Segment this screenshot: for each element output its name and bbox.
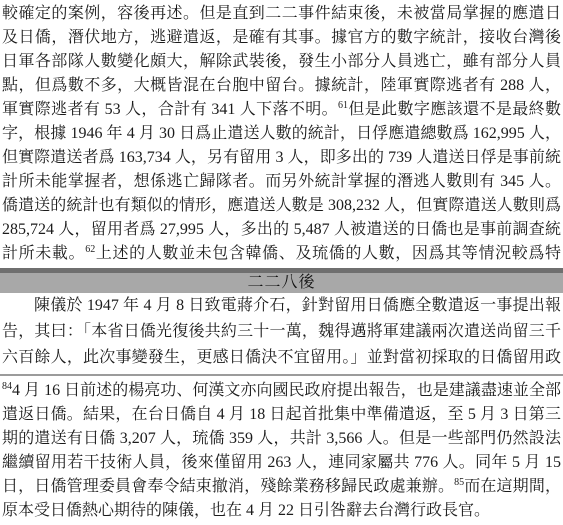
text-segment: 期的遣送有日僑 3,207 人，琉僑 359 人，共計 3,566 人。但是一些… <box>2 430 561 447</box>
text-line: 計所未能掌握者，想係逃亡歸隊者。而另外統計掌握的潛逃人數則有 345 人。日 <box>2 170 561 194</box>
text-segment: 繼續留用若干技術人員，後來僅留用 263 人，連同家屬共 776 人。同年 5 … <box>2 454 561 471</box>
text-line: 844 月 16 日前述的楊亮功、何漢文亦向國民政府提出報告，也是建議盡速並全部 <box>2 379 561 403</box>
text-line: 字，根據 1946 年 4 月 30 日爲止遣送人數的統計，日俘應遣總數爲 16… <box>2 122 561 146</box>
document-page: 較確定的案例，容後再述。但是直到二二事件結束後，未被當局掌握的應遣日俘及日僑，潛… <box>0 0 563 525</box>
main-text: 較確定的案例，容後再述。但是直到二二事件結束後，未被當局掌握的應遣日俘及日僑，潛… <box>0 0 563 266</box>
text-segment: 計所未能掌握者，想係逃亡歸隊者。而另外統計掌握的潛逃人數則有 345 人。日 <box>2 173 561 194</box>
footnote-marker: 61 <box>338 100 348 111</box>
text-line: 日，日僑管理委員會奉令結束撤消，殘餘業務移歸民政處兼辦。85而在這期間， <box>2 475 561 499</box>
text-line: 軍實際逃者有 53 人，合計有 341 人下落不明。61但是此數字應該還不是最終… <box>2 98 561 122</box>
text-segment: 字，根據 1946 年 4 月 30 日爲止遣送人數的統計，日俘應遣總數爲 16… <box>2 125 561 142</box>
section-text: 陳儀於 1947 年 4 月 8 日致電蔣介石，針對留用日僑應全數遣返一事提出報… <box>0 293 563 371</box>
text-line: 期的遣送有日僑 3,207 人，琉僑 359 人，共計 3,566 人。但是一些… <box>2 427 561 451</box>
text-segment: 軍實際逃者有 53 人，合計有 341 人下落不明。 <box>2 101 338 118</box>
text-line: 僑遣送的統計也有類似的情形，應遣送人數是 308,232 人，但實際遣送人數則爲 <box>2 194 561 218</box>
text-line: 日軍各部隊人數變化頗大，解除武裝後，發生小部分人員逃亡，雖有部分人員找 <box>2 50 561 74</box>
text-segment: 但實際遣送者爲 163,734 人，另有留用 3 人，即多出的 739 人遣送日… <box>2 149 561 166</box>
text-segment: 遣返日僑。結果，在台日僑自 4 月 18 日起首批集中準備遣返，至 5 月 3 … <box>2 406 561 423</box>
text-segment: 日，日僑管理委員會奉令結束撤消，殘餘業務移歸民政處兼辦。 <box>2 478 454 495</box>
text-line: 陳儀於 1947 年 4 月 8 日致電蔣介石，針對留用日僑應全數遣返一事提出報 <box>2 293 561 319</box>
text-line: 但實際遣送者爲 163,734 人，另有留用 3 人，即多出的 739 人遣送日… <box>2 146 561 170</box>
footnote-marker: 85 <box>454 477 464 488</box>
footnote-separator <box>0 374 563 376</box>
text-segment: 4 月 16 日前述的楊亮功、何漢文亦向國民政府提出報告，也是建議盡速並全部 <box>12 382 561 399</box>
text-segment: 告，其曰：「本省日僑光復後共約三十一萬，魏得邁將軍建議兩次遣送尚留三千 <box>2 323 561 340</box>
text-segment: 但是此數字應該還不是最終數 <box>348 101 561 118</box>
text-segment: 六百餘人，此次事變發生，更感日僑決不宜留用。」並對當初採取的日僑留用政 <box>2 349 561 366</box>
footnote-text: 844 月 16 日前述的楊亮功、何漢文亦向國民政府提出報告，也是建議盡速並全部… <box>0 378 563 523</box>
footnote-marker: 84 <box>2 381 12 392</box>
text-line: 告，其曰：「本省日僑光復後共約三十一萬，魏得邁將軍建議兩次遣送尚留三千 <box>2 319 561 345</box>
section-header-bar: 二二八後 <box>0 268 563 293</box>
text-line: 較確定的案例，容後再述。但是直到二二事件結束後，未被當局掌握的應遣日俘 <box>2 2 561 26</box>
text-line: 遣返日僑。結果，在台日僑自 4 月 18 日起首批集中準備遣返，至 5 月 3 … <box>2 403 561 427</box>
text-segment: 僑遣送的統計也有類似的情形，應遣送人數是 308,232 人，但實際遣送人數則爲 <box>2 197 561 214</box>
text-line: 計所未載。62上述的人數並未包含韓僑、及琉僑的人數，因爲其等情況較爲特殊， <box>2 242 561 266</box>
text-segment: 而在這期間， <box>464 478 561 495</box>
text-segment: 及日僑，潛伏地方，逃避遣返，是確有其事。據官方的數字統計，接收台灣後的 <box>2 29 561 50</box>
text-line: 六百餘人，此次事變發生，更感日僑決不宜留用。」並對當初採取的日僑留用政 <box>2 345 561 371</box>
text-segment: 點，但爲數不多，大概皆混在台胞中留台。據統計，陸軍實際逃者有 288 人，海 <box>2 77 561 98</box>
text-line: 點，但爲數不多，大概皆混在台胞中留台。據統計，陸軍實際逃者有 288 人，海 <box>2 74 561 98</box>
text-segment: 計所未載。 <box>2 245 85 262</box>
footnote-marker: 62 <box>85 244 95 255</box>
text-segment: 原本受日僑熱心期待的陳儀，也在 4 月 22 日引咎辭去台灣行政長官。 <box>2 502 490 519</box>
text-line: 繼續留用若干技術人員，後來僅留用 263 人，連同家屬共 776 人。同年 5 … <box>2 451 561 475</box>
text-segment: 日軍各部隊人數變化頗大，解除武裝後，發生小部分人員逃亡，雖有部分人員找 <box>2 53 561 74</box>
text-line: 原本受日僑熱心期待的陳儀，也在 4 月 22 日引咎辭去台灣行政長官。 <box>2 499 561 523</box>
section-title: 二二八後 <box>0 273 563 293</box>
text-segment: 285,724 人，留用者爲 27,995 人，多出的 5,487 人被遣送的日… <box>2 221 561 238</box>
text-segment: 較確定的案例，容後再述。但是直到二二事件結束後，未被當局掌握的應遣日俘 <box>2 5 561 26</box>
text-line: 及日僑，潛伏地方，逃避遣返，是確有其事。據官方的數字統計，接收台灣後的 <box>2 26 561 50</box>
text-line: 285,724 人，留用者爲 27,995 人，多出的 5,487 人被遣送的日… <box>2 218 561 242</box>
text-segment: 陳儀於 1947 年 4 月 8 日致電蔣介石，針對留用日僑應全數遣返一事提出報 <box>34 297 561 314</box>
